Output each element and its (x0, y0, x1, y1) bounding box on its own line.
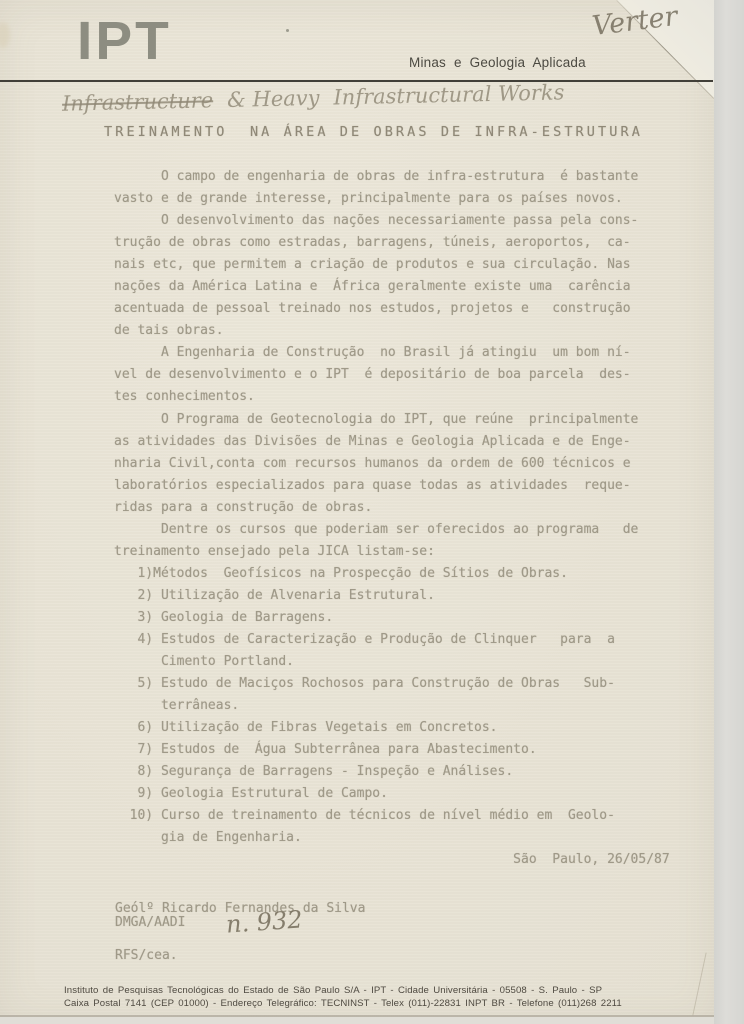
typed-line: 6) Utilização de Fibras Vegetais em Conc… (114, 717, 670, 739)
typed-line: as atividades das Divisões de Minas e Ge… (114, 431, 670, 453)
paper-stain (0, 22, 10, 48)
typed-line: 9) Geologia Estrutural de Campo. (114, 783, 670, 805)
paper-below-edge (0, 1017, 714, 1024)
typed-line: nharia Civil,conta com recursos humanos … (114, 453, 670, 475)
footer-line-2: Caixa Postal 7141 (CEP 01000) - Endereço… (64, 997, 664, 1010)
typed-line: gia de Engenharia. (114, 827, 670, 849)
ipt-logo: IPT (77, 10, 172, 72)
typist-initials: RFS/cea. (115, 948, 178, 963)
typed-line: 8) Segurança de Barragens - Inspeção e A… (114, 761, 670, 783)
typed-line: 3) Geologia de Barragens. (114, 607, 670, 629)
typed-line: A Engenharia de Construção no Brasil já … (114, 342, 670, 364)
typed-line: nações da América Latina e África geralm… (114, 276, 670, 298)
typed-line: laboratórios especializados para quase t… (114, 475, 670, 497)
typed-line: treinamento ensejado pela JICA listam-se… (114, 541, 670, 563)
typed-line: acentuada de pessoal treinado nos estudo… (114, 298, 670, 320)
handwritten-annotation: Infrastructure& HeavyInfrastructural Wor… (62, 80, 565, 115)
typed-line: 10) Curso de treinamento de técnicos de … (114, 805, 670, 827)
typed-line: vel de desenvolvimento e o IPT é deposit… (114, 364, 670, 386)
scanner-background (714, 0, 744, 1024)
annotation-rest: Infrastructural Works (333, 80, 564, 109)
typed-line: ridas para a construção de obras. (114, 497, 670, 519)
document-body: O campo de engenharia de obras de infra-… (114, 166, 670, 872)
typed-line: O desenvolvimento das nações necessariam… (114, 210, 670, 232)
annotation-connector: & Heavy (227, 86, 320, 112)
typed-line: Dentre os cursos que poderiam ser oferec… (114, 519, 670, 541)
typed-line: tes conhecimentos. (114, 386, 670, 408)
typed-line: 5) Estudo de Maciços Rochosos para Const… (114, 673, 670, 695)
typed-line: de tais obras. (114, 320, 670, 342)
handwritten-registry-number: n. 932 (225, 905, 303, 938)
bottom-right-crease (692, 953, 706, 1016)
footer-line-1: Instituto de Pesquisas Tecnológicas do E… (64, 984, 664, 997)
header-rule (0, 80, 713, 82)
typed-line: São Paulo, 26/05/87 (114, 849, 670, 871)
typed-line: trução de obras como estradas, barragens… (114, 232, 670, 254)
typed-line: vasto e de grande interesse, principalme… (114, 188, 670, 210)
typed-line: terrâneas. (114, 695, 670, 717)
typed-line: Cimento Portland. (114, 651, 670, 673)
typed-line: O Programa de Geotecnologia do IPT, que … (114, 409, 670, 431)
annotation-struck-word: Infrastructure (62, 88, 214, 115)
typed-line: O campo de engenharia de obras de infra-… (114, 166, 670, 188)
typed-line: 1)Métodos Geofísicos na Prospecção de Sí… (114, 563, 670, 585)
typed-line: 7) Estudos de Água Subterrânea para Abas… (114, 739, 670, 761)
paper: IPT Minas e Geologia Aplicada Verter Inf… (0, 0, 714, 1024)
scanned-letter: { "header": { "logo_text": "IPT", "depar… (0, 0, 744, 1024)
typed-line: 2) Utilização de Alvenaria Estrutural. (114, 585, 670, 607)
typed-line: nais etc, que permitem a criação de prod… (114, 254, 670, 276)
typed-line: 4) Estudos de Caracterização e Produção … (114, 629, 670, 651)
document-title: TREINAMENTO NA ÁREA DE OBRAS DE INFRA-ES… (104, 124, 643, 140)
letterhead-footer: Instituto de Pesquisas Tecnológicas do E… (64, 984, 664, 1010)
signature-division: DMGA/AADI (115, 915, 185, 930)
department-label: Minas e Geologia Aplicada (409, 55, 586, 70)
paper-speck (286, 29, 289, 32)
